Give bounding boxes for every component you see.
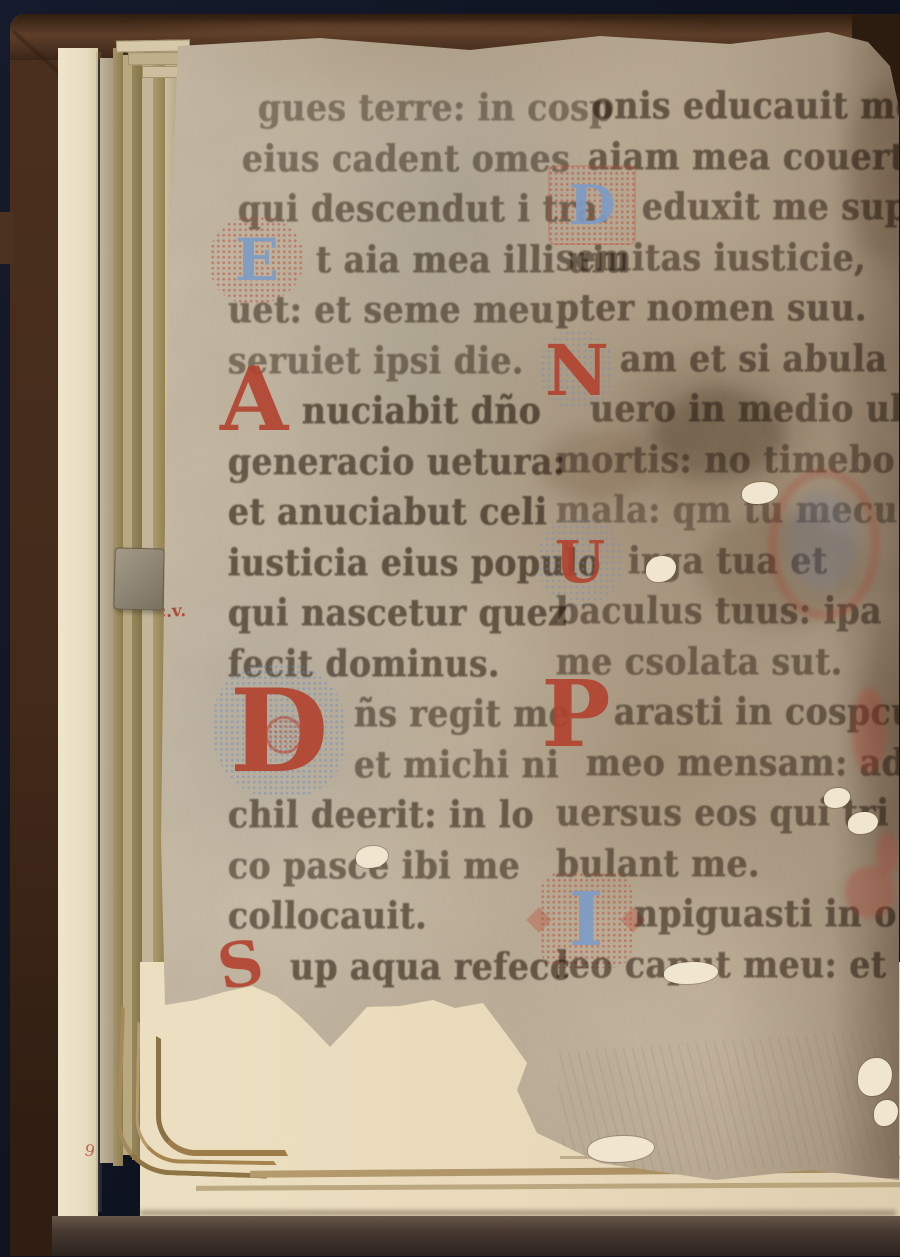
flyleaf-edge: [58, 48, 98, 1218]
binding-clasp-stub: [0, 212, 14, 264]
red-smudge: [852, 688, 886, 774]
illuminated-initial-d: D: [548, 165, 636, 245]
flyleaf-pen-mark: 9: [82, 1140, 107, 1168]
ink-offset-ring: [768, 468, 880, 620]
leaf-corner-edge: [156, 1036, 288, 1156]
page-edge-strip: [100, 58, 113, 1163]
leather-sheen: [120, 22, 720, 34]
index-tab: [113, 547, 165, 610]
red-smudge: [876, 833, 898, 875]
manuscript-text-line: pter nomen suu.: [555, 286, 867, 330]
manuscript-text-line: uero in medio ubre: [589, 387, 900, 431]
manuscript-text-line: eduxit me sup: [641, 185, 900, 229]
manuscript-photo: 9 gues terre: in cospeius cadent omesqui…: [0, 0, 900, 1257]
manuscript-text-line: am et si abula: [619, 337, 887, 381]
manuscript-text-line: onis educauit me:: [591, 84, 900, 128]
manuscript-text-line: semitas iusticie,: [555, 236, 866, 280]
manuscript-text-line: leo caput meu: et: [555, 943, 886, 987]
leather-cover-left: [10, 14, 64, 1256]
leather-cover-bottom: [52, 1216, 900, 1256]
